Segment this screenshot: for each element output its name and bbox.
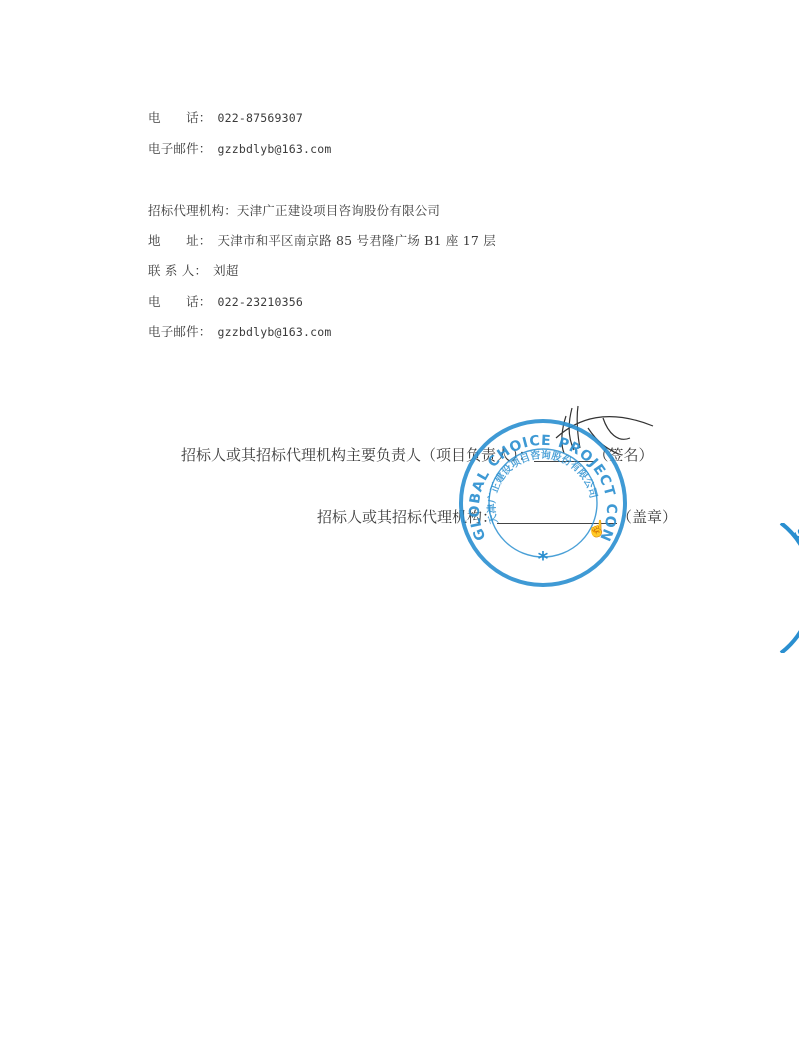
contact-value: 刘超 (213, 261, 238, 279)
phone-label: 电 话： (148, 292, 212, 310)
hand-pointer-icon: ☝ (587, 519, 607, 538)
email-label: 电子邮件： (148, 139, 212, 157)
partial-seal-stamp: SULTING, IN (775, 523, 799, 653)
phone-label: 电 话： (148, 108, 212, 126)
svg-text:SULTING, IN: SULTING, IN (790, 526, 799, 617)
agency-label: 招标代理机构： (148, 201, 237, 219)
contact-line: 联 系 人：刘超 (148, 261, 239, 279)
phone-line-2: 电 话：022-23210356 (148, 292, 303, 310)
email-label: 电子邮件： (148, 322, 212, 340)
email-value: gzzbdlyb@163.com (218, 325, 332, 339)
email-line-1: 电子邮件：gzzbdlyb@163.com (148, 139, 332, 157)
stamp-star: * (538, 547, 549, 571)
phone-value: 022-87569307 (218, 111, 303, 125)
company-seal-stamp: GLOBAL CHOICE PROJECT CONSULTING, INC. 天… (458, 418, 628, 588)
agency-value: 天津广正建设项目咨询股份有限公司 (237, 203, 440, 218)
email-line-2: 电子邮件：gzzbdlyb@163.com (148, 322, 332, 340)
email-value: gzzbdlyb@163.com (218, 142, 332, 156)
address-value: 天津市和平区南京路 85 号君隆广场 B1 座 17 层 (218, 231, 496, 249)
agency-line: 招标代理机构：天津广正建设项目咨询股份有限公司 (148, 201, 440, 219)
phone-line-1: 电 话：022-87569307 (148, 108, 303, 126)
partial-stamp-text: SULTING, IN (790, 526, 799, 617)
phone-value: 022-23210356 (218, 295, 303, 309)
address-label: 地 址： (148, 231, 212, 249)
address-line: 地 址：天津市和平区南京路 85 号君隆广场 B1 座 17 层 (148, 231, 496, 249)
contact-label: 联 系 人： (148, 261, 207, 279)
